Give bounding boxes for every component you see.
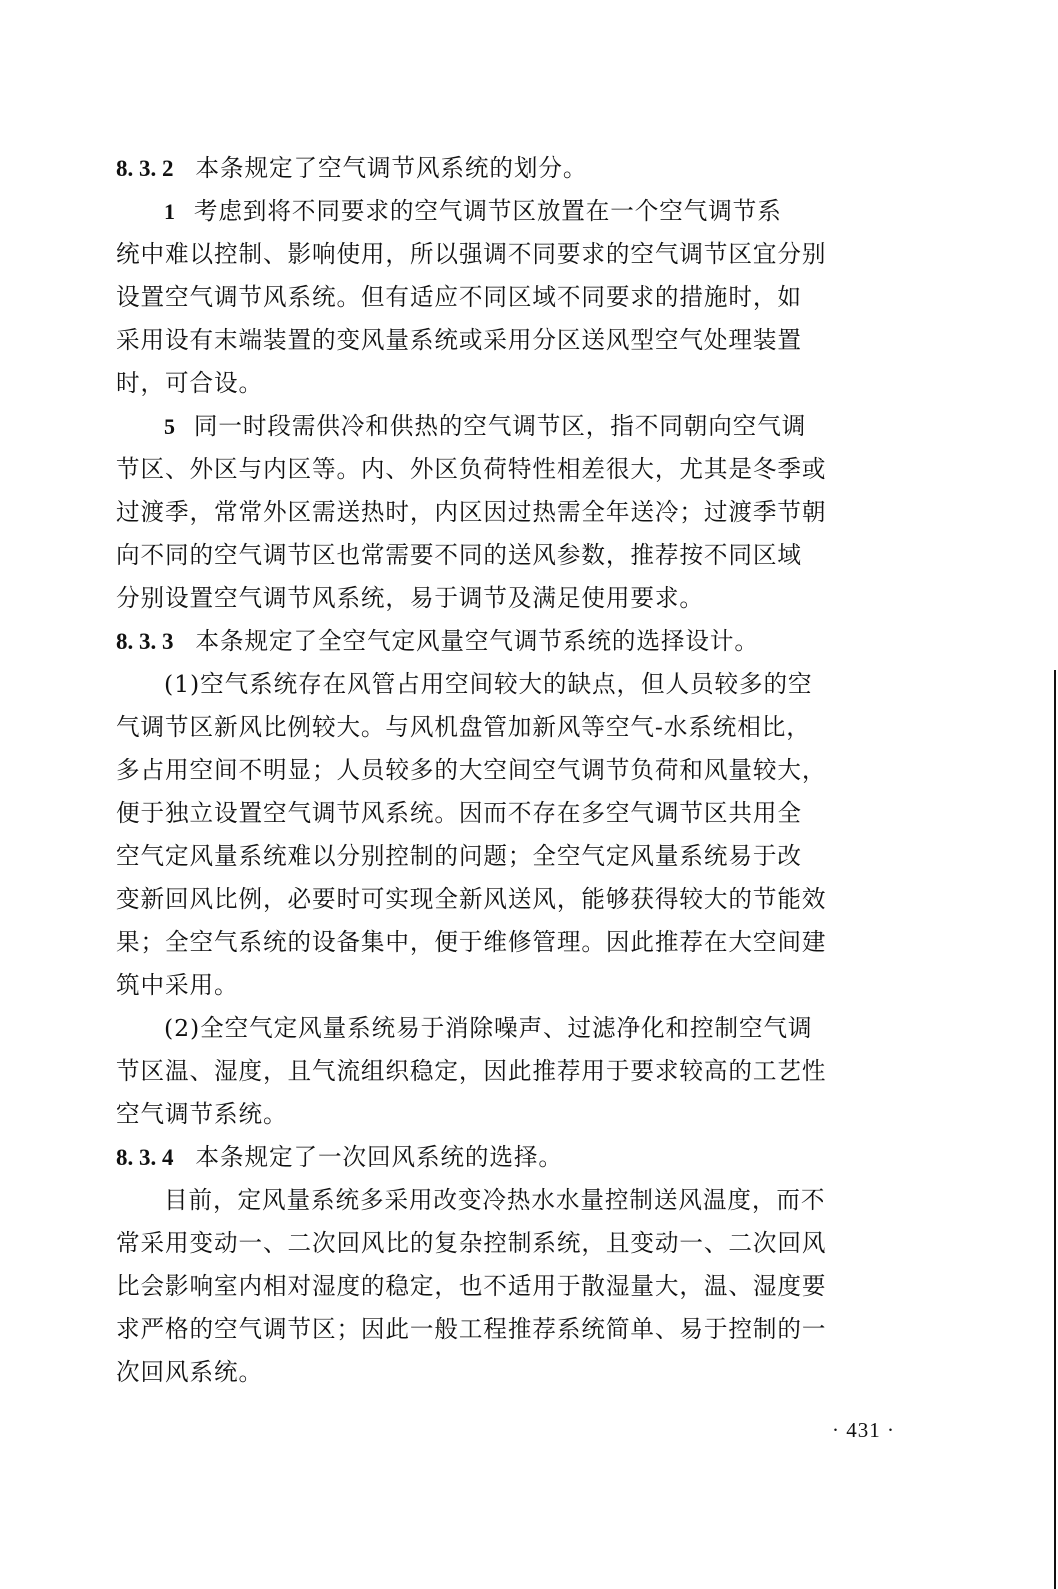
section-title: 本条规定了空气调节风系统的划分。 (196, 154, 588, 182)
paragraph-line: 筑中采用。 (116, 964, 922, 1007)
paragraph-line: (2)全空气定风量系统易于消除噪声、过滤净化和控制空气调 (116, 1007, 922, 1050)
paragraph-line: 采用设有末端装置的变风量系统或采用分区送风型空气处理装置 (116, 319, 922, 362)
paragraph-line: 1考虑到将不同要求的空气调节区放置在一个空气调节系 (116, 190, 922, 233)
item-number: 5 (164, 414, 176, 439)
document-page: 8. 3. 2本条规定了空气调节风系统的划分。 1考虑到将不同要求的空气调节区放… (0, 0, 1058, 1589)
paragraph-line: 气调节区新风比例较大。与风机盘管加新风等空气-水系统相比， (116, 706, 922, 749)
text-line: 考虑到将不同要求的空气调节区放置在一个空气调节系 (194, 197, 782, 225)
scan-edge-line (1054, 670, 1056, 1589)
paragraph-line: 节区、外区与内区等。内、外区负荷特性相差很大，尤其是冬季或 (116, 448, 922, 491)
paragraph-line: 求严格的空气调节区；因此一般工程推荐系统简单、易于控制的一 (116, 1308, 922, 1351)
section-heading-8-3-4: 8. 3. 4本条规定了一次回风系统的选择。 (116, 1136, 922, 1179)
paragraph-line: 比会影响室内相对湿度的稳定，也不适用于散湿量大，温、湿度要 (116, 1265, 922, 1308)
paragraph-line: 向不同的空气调节区也常需要不同的送风参数，推荐按不同区域 (116, 534, 922, 577)
section-heading-8-3-3: 8. 3. 3本条规定了全空气定风量空气调节系统的选择设计。 (116, 620, 922, 663)
section-number: 8. 3. 2 (116, 156, 174, 181)
section-title: 本条规定了全空气定风量空气调节系统的选择设计。 (196, 627, 759, 655)
paragraph-line: 目前，定风量系统多采用改变冷热水水量控制送风温度，而不 (116, 1179, 922, 1222)
item-number: 1 (164, 199, 176, 224)
body-text: 8. 3. 2本条规定了空气调节风系统的划分。 1考虑到将不同要求的空气调节区放… (116, 147, 922, 1394)
paragraph-line: 多占用空间不明显；人员较多的大空间空气调节负荷和风量较大， (116, 749, 922, 792)
page-number: · 431 · (832, 1418, 895, 1443)
section-heading-8-3-2: 8. 3. 2本条规定了空气调节风系统的划分。 (116, 147, 922, 190)
paragraph-line: (1)空气系统存在风管占用空间较大的缺点，但人员较多的空 (116, 663, 922, 706)
paragraph-line: 常采用变动一、二次回风比的复杂控制系统，且变动一、二次回风 (116, 1222, 922, 1265)
paragraph-line: 5同一时段需供冷和供热的空气调节区，指不同朝向空气调 (116, 405, 922, 448)
paragraph-line: 统中难以控制、影响使用，所以强调不同要求的空气调节区宜分别 (116, 233, 922, 276)
paragraph-line: 空气调节系统。 (116, 1093, 922, 1136)
section-number: 8. 3. 3 (116, 629, 174, 654)
paragraph-line: 变新回风比例，必要时可实现全新风送风，能够获得较大的节能效 (116, 878, 922, 921)
section-number: 8. 3. 4 (116, 1145, 174, 1170)
section-title: 本条规定了一次回风系统的选择。 (196, 1143, 563, 1171)
paragraph-line: 空气定风量系统难以分别控制的问题；全空气定风量系统易于改 (116, 835, 922, 878)
paragraph-line: 果；全空气系统的设备集中，便于维修管理。因此推荐在大空间建 (116, 921, 922, 964)
paragraph-line: 设置空气调节风系统。但有适应不同区域不同要求的措施时，如 (116, 276, 922, 319)
text-line: 同一时段需供冷和供热的空气调节区，指不同朝向空气调 (194, 412, 806, 440)
paragraph-line: 节区温、湿度，且气流组织稳定，因此推荐用于要求较高的工艺性 (116, 1050, 922, 1093)
paragraph-line: 次回风系统。 (116, 1351, 922, 1394)
paragraph-line: 过渡季，常常外区需送热时，内区因过热需全年送冷；过渡季节朝 (116, 491, 922, 534)
paragraph-line: 分别设置空气调节风系统，易于调节及满足使用要求。 (116, 577, 922, 620)
paragraph-line: 便于独立设置空气调节风系统。因而不存在多空气调节区共用全 (116, 792, 922, 835)
paragraph-line: 时，可合设。 (116, 362, 922, 405)
